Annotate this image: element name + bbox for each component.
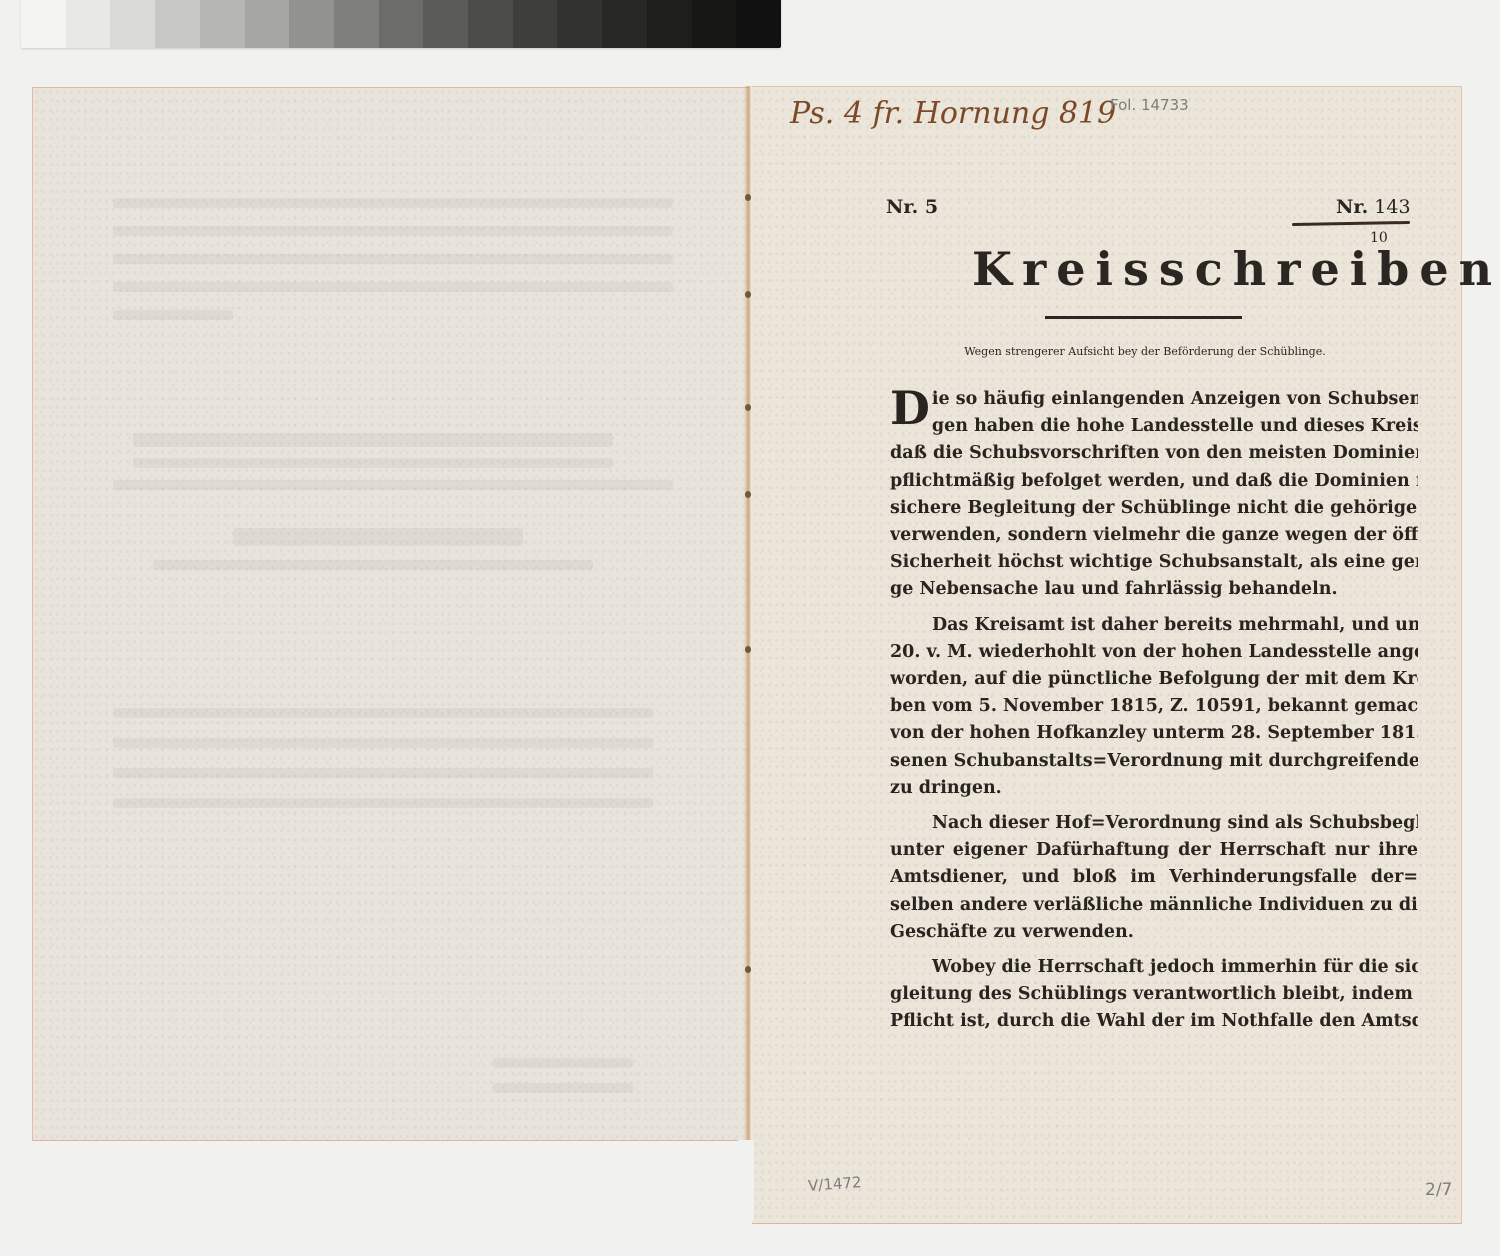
grey-patch: [200, 0, 245, 48]
text-line: unter eigener Dafürhaftung der Herrschaf…: [890, 837, 1418, 864]
text-line: ge Nebensache lau und fahrlässig behande…: [890, 576, 1418, 603]
text-line: Amtsdiener, und bloß im Verhinderungsfal…: [890, 864, 1418, 891]
paragraph: Wobey die Herrschaft jedoch immerhin für…: [890, 954, 1418, 1036]
stitch-hole: [745, 646, 751, 653]
drop-cap: D: [890, 388, 930, 428]
bleed-through-line: [113, 480, 673, 490]
bleed-through-line: [113, 254, 673, 264]
grey-patch: [602, 0, 647, 48]
bleed-through-line: [133, 458, 613, 468]
stitch-hole: [745, 194, 751, 201]
document-body: Die so häufig einlangenden Anzeigen von …: [890, 386, 1418, 1044]
grey-patch: [155, 0, 200, 48]
bleed-through-line: [113, 282, 673, 292]
text-line: zu dringen.: [890, 775, 1418, 802]
text-line: Das Kreisamt ist daher bereits mehrmahl,…: [890, 612, 1418, 639]
text-line: gen haben die hohe Landesstelle und dies…: [932, 413, 1418, 440]
bleed-through-line: [113, 708, 653, 718]
text-line: daß die Schubsvorschriften von den meist…: [890, 440, 1418, 467]
folio-reference: Fol. 14733: [1110, 96, 1189, 114]
text-line: gleitung des Schüblings verantwortlich b…: [890, 981, 1418, 1008]
text-line: ben vom 5. November 1815, Z. 10591, beka…: [890, 693, 1418, 720]
text-line: pflichtmäßig befolget werden, und daß di…: [890, 468, 1418, 495]
grey-patch: [66, 0, 111, 48]
bleed-through-line: [233, 528, 523, 546]
bleed-through-line: [493, 1083, 633, 1093]
grey-patch: [513, 0, 558, 48]
bleed-through-line: [113, 798, 653, 808]
text-line: selben andere verläßliche männliche Indi…: [890, 892, 1418, 919]
grey-patch: [245, 0, 290, 48]
grey-patch: [379, 0, 424, 48]
stitch-hole: [745, 491, 751, 498]
bleed-through-line: [113, 768, 653, 778]
text-line: verwenden, sondern vielmehr die ganze we…: [890, 522, 1418, 549]
bleed-through-line: [113, 310, 233, 320]
stitch-hole: [745, 291, 751, 298]
page-folio: 2/7: [1425, 1180, 1452, 1200]
text-line: Wobey die Herrschaft jedoch immerhin für…: [890, 954, 1418, 981]
stitch-hole: [745, 966, 751, 973]
paragraph: Die so häufig einlangenden Anzeigen von …: [890, 386, 1418, 604]
text-line: Nach dieser Hof=Verordnung sind als Schu…: [890, 810, 1418, 837]
circular-number: Nr. 5: [886, 196, 938, 218]
title-rule: [1045, 316, 1242, 319]
bleed-through-line: [113, 738, 653, 748]
grey-patch: [468, 0, 513, 48]
grey-patch: [21, 0, 66, 48]
bleed-through-line: [493, 1058, 633, 1068]
document-subtitle: Wegen strengerer Aufsicht bey der Beförd…: [880, 345, 1410, 358]
text-line: senen Schubanstalts=Verordnung mit durch…: [890, 748, 1418, 775]
text-line: worden, auf die pünctliche Befolgung der…: [890, 666, 1418, 693]
text-line: 20. v. M. wiederhohlt von der hohen Land…: [890, 639, 1418, 666]
register-number: Nr. 143: [1336, 196, 1411, 218]
torn-edge: [738, 1140, 754, 1220]
text-line: von der hohen Hofkanzley unterm 28. Sept…: [890, 720, 1418, 747]
register-number-value: 143: [1374, 196, 1410, 218]
bleed-through-line: [133, 433, 613, 447]
paragraph: Das Kreisamt ist daher bereits mehrmahl,…: [890, 612, 1418, 802]
grey-patch: [334, 0, 379, 48]
grey-patch: [289, 0, 334, 48]
grey-patch: [736, 0, 781, 48]
text-line: Pflicht ist, durch die Wahl der im Nothf…: [890, 1008, 1418, 1035]
stitch-hole: [745, 404, 751, 411]
text-line: ie so häufig einlangenden Anzeigen von S…: [932, 386, 1418, 413]
bleed-through-line: [113, 198, 673, 208]
left-page: [32, 87, 749, 1141]
grey-patch: [557, 0, 602, 48]
grey-patch: [423, 0, 468, 48]
register-number-label: Nr.: [1336, 196, 1368, 218]
grey-patch: [692, 0, 737, 48]
bleed-through-line: [113, 226, 673, 236]
document-title: Kreisschreiben.: [972, 242, 1352, 296]
bleed-through-line: [153, 560, 593, 570]
handwritten-annotation: Ps. 4 fr. Hornung 819: [790, 96, 1116, 131]
grey-patch: [647, 0, 692, 48]
grey-patch: [110, 0, 155, 48]
text-line: Geschäfte zu verwenden.: [890, 919, 1418, 946]
grey-calibration-strip: [21, 0, 781, 48]
paragraph: Nach dieser Hof=Verordnung sind als Schu…: [890, 810, 1418, 946]
binding-fold: [744, 86, 752, 1146]
text-line: Sicherheit höchst wichtige Schubsanstalt…: [890, 549, 1418, 576]
archive-signature: V/1472: [807, 1173, 862, 1195]
text-line: sichere Begleitung der Schüblinge nicht …: [890, 495, 1418, 522]
